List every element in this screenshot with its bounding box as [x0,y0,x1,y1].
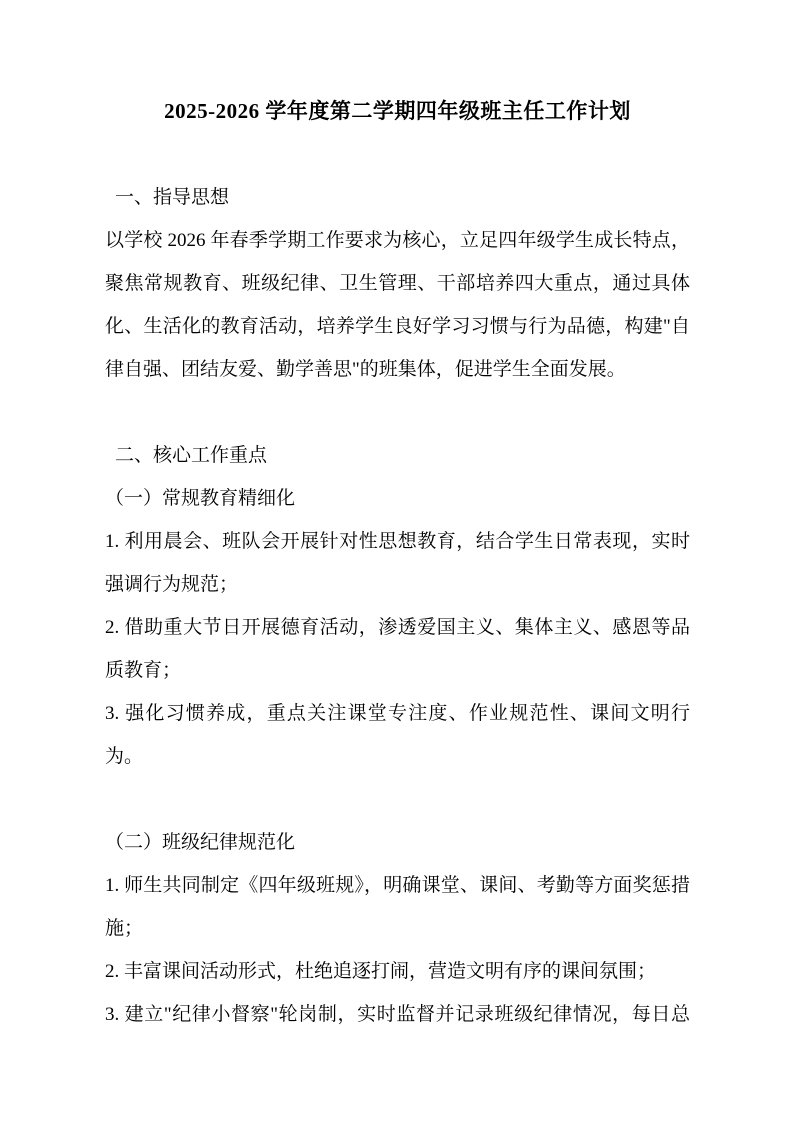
subsection-2-item-2: 2. 丰富课间活动形式，杜绝追逐打闹，营造文明有序的课间氛围； [105,950,690,993]
section-1-heading: 一、指导思想 [105,176,690,219]
subsection-2-item-3-truncated: 3. 建立"纪律小督察"轮岗制，实时监督并记录班级纪律情况，每日总 [105,993,690,1036]
blank-line [105,133,690,176]
subsection-1-item-3: 3. 强化习惯养成，重点关注课堂专注度、作业规范性、课间文明行为。 [105,692,690,778]
subsection-1-item-1: 1. 利用晨会、班队会开展针对性思想教育，结合学生日常表现，实时强调行为规范； [105,520,690,606]
document-title: 2025-2026 学年度第二学期四年级班主任工作计划 [105,90,690,133]
subsection-2-heading: （二）班级纪律规范化 [105,821,690,864]
blank-line [105,391,690,434]
subsection-1-item-2: 2. 借助重大节日开展德育活动，渗透爱国主义、集体主义、感恩等品质教育； [105,606,690,692]
blank-line [105,778,690,821]
document-page: 2025-2026 学年度第二学期四年级班主任工作计划 一、指导思想 以学校 2… [0,0,793,1122]
subsection-2-item-1: 1. 师生共同制定《四年级班规》，明确课堂、课间、考勤等方面奖惩措施； [105,864,690,950]
section-1-body: 以学校 2026 年春季学期工作要求为核心，立足四年级学生成长特点，聚焦常规教育… [105,219,690,391]
subsection-1-heading: （一）常规教育精细化 [105,477,690,520]
section-2-heading: 二、核心工作重点 [105,434,690,477]
